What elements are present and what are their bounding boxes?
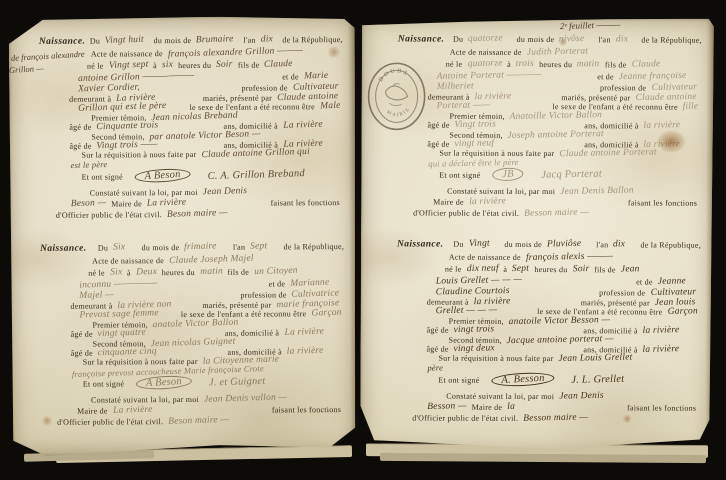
lan-label: l'an — [233, 243, 245, 252]
maire-de-label: Maire de — [77, 406, 108, 415]
field-sex: Male — [320, 101, 341, 112]
act-line-signatures: Et ont signé JB Jacq Porterat — [381, 168, 705, 182]
et-ont-signe-label: Et ont signé — [83, 379, 124, 388]
ne-le-label: né le — [87, 61, 104, 70]
et-ont-signe-label: Et ont signé — [439, 171, 480, 180]
signature-circled: JB — [492, 167, 524, 181]
du-mois-label: du mois de — [517, 35, 555, 44]
naissance-label: Naissance. — [397, 239, 444, 249]
field-w1-dom: la rivière — [644, 120, 681, 131]
field-month: Pluviôse — [547, 239, 582, 250]
act-line-maire: Maire de La rivière faisant les fonction… — [25, 405, 349, 417]
officier-label: d'Officier public de l'état civil. — [56, 210, 162, 220]
du-mois-label: du mois de — [154, 36, 192, 45]
field-father-b: Antoine Porterat ———— — [437, 70, 542, 82]
requisition-label: Sur la réquisition à nous faite par — [81, 150, 196, 160]
act-line-maire: Besson — Maire de la faisant les fonctio… — [380, 402, 704, 413]
field-w1-age: vingt trois — [454, 324, 495, 335]
field-father-a: Claude — [264, 59, 293, 70]
page-outer-edge — [705, 19, 714, 455]
du-label: Du — [453, 240, 463, 249]
fonctions-label: faisant les fonctions — [271, 198, 340, 207]
et-ont-signe-label: Et ont signé — [82, 172, 123, 181]
et-de-label: et de — [636, 277, 653, 286]
ne-le-label: né le — [446, 60, 463, 69]
et-ont-signe-label: Et ont signé — [438, 376, 479, 385]
constate-label: Constaté suivant la loi, par moi — [91, 395, 199, 405]
field-born-hour: trois — [516, 59, 534, 69]
field-born-period: matin — [577, 59, 600, 69]
field-father-a: Jean — [621, 264, 640, 274]
field-born-period: Soir — [572, 264, 589, 274]
field-day: Vingt huit — [105, 35, 144, 46]
act-line-signatures: Et ont signé A. Besson J. L. Grellet — [380, 373, 704, 387]
heures-label: heures du — [162, 268, 195, 277]
signatures: Jacq Porterat — [541, 169, 602, 181]
field-req-a: Claude antoine Porterat — [559, 147, 657, 159]
heures-label: heures du — [539, 60, 572, 69]
acte-label: Acte de naissance de — [450, 48, 522, 57]
register-page-left: de françois alexandre Grillon — Naissanc… — [9, 16, 358, 456]
field-w1-dom: La rivière — [283, 120, 323, 131]
field-w2-dom: la rivière — [287, 346, 324, 357]
act-line-birth: né le dix neuf à Sept heures du Soir fil… — [381, 264, 705, 275]
field-w1-age: Vingt trois — [455, 119, 497, 130]
republique-label: de la République, — [284, 242, 345, 251]
field-constate-name: Jean Denis vallon — — [204, 392, 287, 405]
field-day: Six — [113, 242, 126, 252]
field-maire-of: la rivière — [469, 196, 506, 207]
field-w2-age: vingt deux — [454, 343, 496, 354]
field-req-b: père — [427, 362, 443, 372]
signature-circled: A Beson — [135, 167, 192, 183]
field-req-b: est le père — [70, 159, 107, 170]
act-line-date: Naissance. Du quatorze du mois de nivôse… — [382, 34, 706, 45]
heures-label: heures du — [534, 265, 567, 274]
act-line-officier: d'Officier public de l'état civil. Besso… — [380, 413, 704, 424]
field-w2-dom: la rivière — [643, 344, 680, 355]
act-line-name: Acte de naissance de françois alexis ——— — [381, 252, 705, 263]
ne-le-label: né le — [445, 265, 462, 274]
lan-label: l'an — [596, 240, 608, 249]
field-mother-a: Marianne — [290, 278, 329, 289]
maire-de-label: Maire de — [472, 403, 503, 412]
signatures: J. et Guignet — [209, 376, 266, 389]
acte-label: Acte de naissance de — [449, 253, 521, 262]
birth-act-l1: Naissance. Du Vingt huit du mois de Brum… — [23, 35, 348, 227]
field-born-day: dix neuf — [466, 263, 498, 274]
a-label: à — [503, 265, 507, 274]
fonctions-label: faisant les fonctions — [272, 405, 341, 414]
maries-label: mariés, présenté par — [203, 93, 272, 102]
act-line-signatures: Et ont signé A Beson C. A. Grillon Breba… — [24, 169, 348, 184]
signatures: J. L. Grellet — [572, 374, 625, 386]
fonctions-label: faisant les fonctions — [628, 198, 697, 207]
officier-label: d'Officier public de l'état civil. — [413, 208, 519, 217]
maries-label: mariés, présenté par — [202, 300, 271, 309]
requisition-label: Sur la réquisition à nous faite par — [438, 354, 553, 364]
fils-de-label: fils de — [238, 61, 260, 70]
register-page-right: 2ᵉ feuillet ——— DOUBS MAIRIE Naissance. … — [360, 17, 714, 455]
profession-label: profession de — [240, 290, 286, 299]
et-de-label: et de — [269, 279, 286, 288]
header-note: 2ᵉ feuillet ——— — [560, 19, 621, 31]
act-line-name: Acte de naissance de Judith Porterat — [382, 47, 706, 58]
field-constate-name: Jean Denis — [559, 391, 604, 402]
field-maire-of: La rivière — [113, 405, 153, 416]
republique-label: de la République, — [282, 35, 343, 44]
et-de-label: et de — [282, 72, 299, 81]
age-label: âgé de — [427, 140, 449, 149]
age-label: âgé de — [427, 326, 449, 335]
field-month: frimaire — [184, 241, 217, 252]
act-line-birth: né le quatorze à trois heures du matin f… — [382, 59, 706, 70]
fils-de-label: fils de — [605, 60, 627, 69]
age-label: âgé de — [426, 345, 448, 354]
field-w1-dom: la rivière — [643, 325, 680, 336]
constate-label: Constaté suivant la loi, par moi — [447, 187, 555, 196]
ne-le-label: né le — [88, 268, 105, 277]
naissance-label: Naissance. — [398, 34, 445, 44]
age-label: âgé de — [69, 142, 91, 151]
field-born-day: Vingt sept — [108, 60, 148, 71]
signature-circled: A. Besson — [491, 371, 555, 387]
field-year: dix — [260, 34, 273, 44]
act-line-father: Louis Grellet — — — et de Jeanne — [381, 276, 705, 287]
lan-label: l'an — [598, 35, 610, 44]
constate-label: Constaté suivant la loi, par moi — [446, 392, 554, 401]
age-label: âgé de — [71, 330, 93, 339]
du-mois-label: du mois de — [504, 240, 542, 249]
footer-signature: Besson maire — — [524, 207, 589, 218]
a-label: à — [127, 268, 131, 277]
field-child-name: françois alexis ——— — [526, 251, 613, 263]
act-line-constate: Constaté suivant la loi, par moi Jean De… — [25, 394, 349, 406]
act-line-signatures: Et ont signé A Beson J. et Guignet — [25, 376, 349, 391]
signatures: C. A. Grillon Breband — [208, 168, 306, 182]
fonctions-label: faisant les fonctions — [627, 403, 696, 412]
act-line-date: Naissance. Du Six du mois de frimaire l'… — [24, 242, 348, 254]
field-father-b: inconnu ————— — [79, 278, 157, 290]
register-photo: de françois alexandre Grillon — Naissanc… — [0, 0, 726, 480]
field-w1-age: Cinquante trois — [96, 120, 158, 132]
age-label: âgé de — [427, 121, 449, 130]
maire-de-label: Maire de — [433, 198, 464, 207]
field-w1-age: vingt quatre — [98, 328, 147, 339]
act-line-maire: Maire de la rivière faisant les fonction… — [381, 197, 705, 208]
age-label: âgé de — [71, 349, 93, 358]
act-line-maire: Beson — Maire de La rivière faisant les … — [24, 198, 348, 210]
field-day: Vingt — [469, 239, 490, 249]
page-inner-edge — [348, 16, 358, 454]
field-mother-a: Jeanne — [658, 276, 686, 287]
field-month: nivôse — [559, 34, 585, 45]
field-constate-name2: Beson — — [71, 198, 107, 209]
du-label: Du — [98, 243, 108, 252]
acte-label: Acte de naissance de — [91, 49, 163, 58]
field-month: Brumaire — [196, 34, 234, 45]
field-father-b: Louis Grellet — — — — [436, 275, 523, 287]
field-constate-name: Jean Denis Ballon — [560, 186, 634, 197]
field-w2-age: vingt neuf — [454, 138, 494, 149]
field-born-hour: Sept — [512, 264, 529, 274]
field-child-name: Claude Joseph Majel — [169, 254, 254, 267]
field-req-b: qui a déclaré être le père — [428, 157, 518, 169]
field-sex: fille — [683, 102, 699, 112]
field-day: quatorze — [468, 33, 503, 44]
field-born-hour: six — [162, 60, 173, 70]
field-born-day: quatorze — [467, 58, 502, 69]
field-constate-name: Jean Denis — [203, 186, 248, 197]
field-mother-a: Jeanne françoise — [619, 71, 687, 82]
du-mois-label: du mois de — [142, 243, 180, 252]
signature-circled: A Beson — [136, 374, 193, 390]
field-father-a: Claude — [631, 59, 660, 70]
maries-label: mariés, présenté par — [561, 93, 630, 102]
field-sex: Garçon — [667, 306, 697, 317]
field-born-period: matin — [200, 266, 223, 277]
field-presented-b: Porterat —— — [436, 100, 490, 111]
naissance-label: Naissance. — [39, 37, 86, 47]
profession-label: profession de — [241, 83, 287, 92]
du-label: Du — [90, 37, 100, 46]
field-req-a: Jean Louis Grellet — [558, 353, 632, 364]
field-mother-b: Milheriet — [437, 81, 474, 92]
age-label: âgé de — [69, 123, 91, 132]
act-line-father: Antoine Porterat ———— et de Jeanne franç… — [382, 71, 706, 82]
act-line-date: Naissance. Du Vingt du mois de Pluviôse … — [381, 239, 705, 250]
maire-de-label: Maire de — [111, 199, 142, 208]
field-maire-of: La rivière — [147, 198, 187, 209]
act-line-name: Acte de naissance de françois alexandre … — [23, 48, 347, 60]
field-mother-b: Majel — — [79, 290, 114, 301]
fils-de-label: fils de — [227, 268, 249, 277]
officier-label: d'Officier public de l'état civil. — [412, 413, 518, 422]
act-line-officier: d'Officier public de l'état civil. Beson… — [25, 416, 349, 428]
birth-act-r2: Naissance. Du Vingt du mois de Pluviôse … — [380, 239, 705, 430]
sexe-label: le sexe de l'enfant a été reconnu être — [181, 309, 306, 319]
act-line-name: Acte de naissance de Claude Joseph Majel — [24, 255, 348, 267]
republique-label: de la République, — [641, 35, 702, 44]
act-line-officier: d'Officier public de l'état civil. Beson… — [24, 209, 348, 221]
act-line-officier: d'Officier public de l'état civil. Besso… — [381, 208, 705, 219]
profession-label: profession de — [600, 83, 646, 92]
a-label: à — [153, 61, 157, 70]
field-year: dix — [613, 239, 625, 249]
act-line-constate: Constaté suivant la loi, par moi Jean De… — [381, 186, 705, 197]
officier-label: d'Officier public de l'état civil. — [57, 417, 163, 427]
field-father-a: un Citoyen — [254, 266, 298, 277]
footer-signature: Besson maire — — [523, 412, 588, 423]
footer-signature: Beson maire — — [167, 208, 228, 220]
field-mother-a: Marie — [304, 71, 329, 82]
constate-label: Constaté suivant la loi, par moi — [90, 188, 198, 198]
acte-label: Acte de naissance de — [92, 256, 164, 265]
birth-act-l2: Naissance. Du Six du mois de frimaire l'… — [24, 242, 349, 434]
field-presented-b: Prevost sage femme — [79, 308, 159, 320]
naissance-label: Naissance. — [40, 244, 87, 254]
field-req-a: Claude antoine Grillon qui — [201, 147, 310, 160]
birth-act-r1: Naissance. Du quatorze du mois de nivôse… — [381, 34, 706, 225]
field-year: dix — [615, 34, 627, 44]
field-year: Sept — [250, 241, 267, 252]
lan-label: l'an — [243, 36, 255, 45]
maries-label: mariés, présenté par — [581, 298, 650, 307]
a-label: à — [507, 60, 511, 69]
field-child-name: Judith Porterat — [527, 46, 589, 57]
du-label: Du — [453, 35, 463, 44]
field-w1-dom: La rivière — [284, 327, 324, 338]
profession-label: profession de — [599, 288, 645, 297]
field-constate-name2: Besson — — [427, 401, 467, 412]
fils-de-label: fils de — [594, 265, 616, 274]
et-de-label: et de — [597, 72, 614, 81]
sheet-edge — [380, 453, 706, 463]
act-line-birth: né le Six à Deux heures du matin fils de… — [24, 267, 348, 279]
field-sex: Garçon — [311, 308, 342, 319]
field-born-period: Soir — [216, 59, 233, 70]
field-child-name: françois alexandre Grillon ——— — [168, 46, 303, 60]
field-maire-of: la — [507, 402, 515, 412]
field-born-hour: Deux — [136, 267, 157, 278]
republique-label: de la République, — [640, 240, 701, 249]
field-presented-b: Grillon qui est le père — [78, 101, 166, 114]
heures-label: heures du — [178, 61, 211, 70]
field-born-day: Six — [110, 267, 123, 277]
field-presented-b: Grellet — — — — [436, 305, 498, 316]
footer-signature: Beson maire — — [168, 415, 229, 427]
